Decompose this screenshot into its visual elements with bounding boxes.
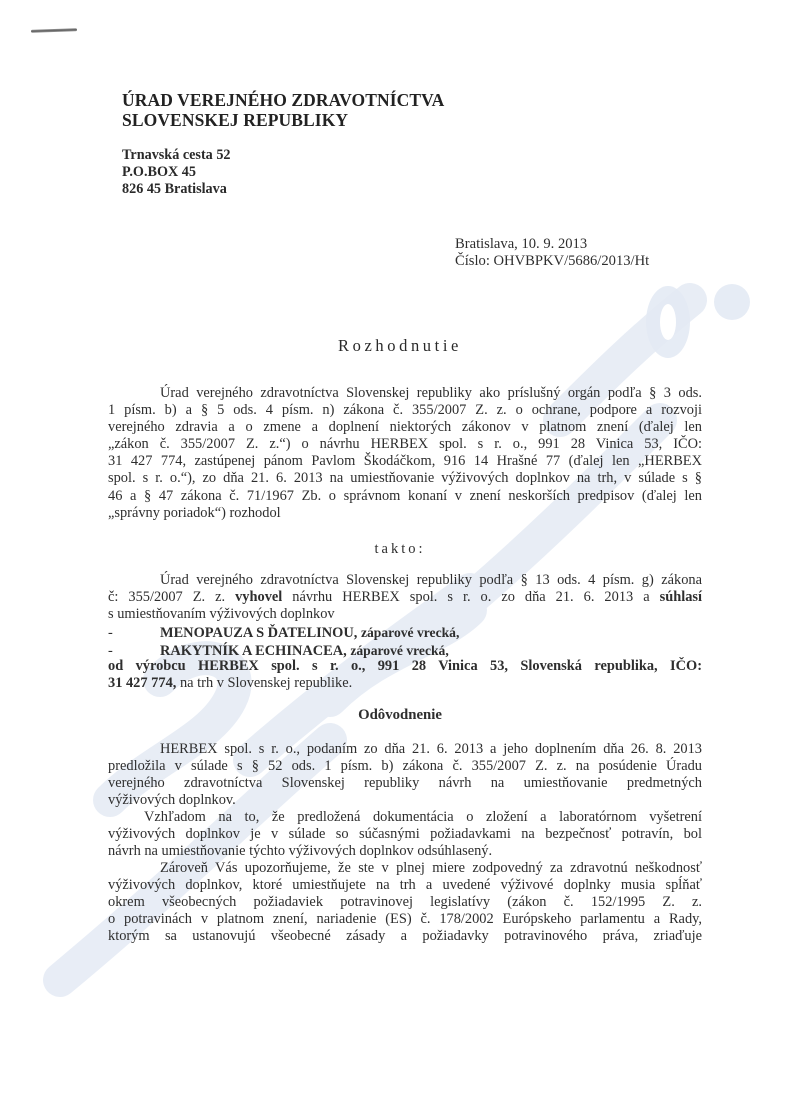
paragraph-line: s umiestňovaním výživových doplnkov (108, 606, 702, 623)
org-line: SLOVENSKEJ REPUBLIKY (122, 110, 444, 130)
place-date: Bratislava, 10. 9. 2013 (455, 236, 649, 253)
paragraph-line: Vzhľadom na to, že predložená dokumentác… (108, 809, 702, 826)
address-line: Trnavská cesta 52 (122, 147, 231, 164)
text-run: návrhu HERBEX spol. s r. o. zo dňa 21. 6… (292, 589, 649, 605)
paragraph-line: č: 355/2007 Z. z. vyhovel návrhu HERBEX … (108, 589, 702, 606)
paragraph-line: Úrad verejného zdravotníctva Slovenskej … (108, 572, 702, 589)
paragraph-line: Úrad verejného zdravotníctva Slovenskej … (108, 385, 702, 402)
paragraph-line: výživových doplnkov. (108, 792, 702, 809)
producer-paragraph: od výrobcu HERBEX spol. s r. o., 991 28 … (108, 658, 702, 692)
paragraph-line: výživových doplnkov je v súlade so súčas… (108, 826, 702, 843)
verdict-consents: súhlasí (660, 589, 702, 605)
reference-number: Číslo: OHVBPKV/5686/2013/Ht (455, 253, 649, 270)
paragraph-line: verejného zdravia a o zmene a doplnení n… (108, 419, 702, 436)
producer-line: od výrobcu HERBEX spol. s r. o., 991 28 … (108, 658, 702, 675)
paragraph-line: verejného zdravotníctva Slovenskej repub… (108, 775, 702, 792)
document-page: ÚRAD VEREJNÉHO ZDRAVOTNÍCTVA SLOVENSKEJ … (0, 0, 800, 1100)
paragraph-line: predložila v súlade s § 52 ods. 1 písm. … (108, 758, 702, 775)
paragraph-line: spol. s r. o.“), zo dňa 21. 6. 2013 na u… (108, 470, 702, 487)
justification-paragraph-3: Zároveň Vás upozorňujeme, že ste v plnej… (108, 860, 702, 945)
text-run: na trh v Slovenskej republike. (180, 675, 352, 691)
paragraph-line: Zároveň Vás upozorňujeme, že ste v plnej… (108, 860, 702, 877)
justification-paragraph-2: Vzhľadom na to, že predložená dokumentác… (108, 809, 702, 860)
producer-id: 31 427 774, (108, 675, 176, 691)
issuing-authority: ÚRAD VEREJNÉHO ZDRAVOTNÍCTVA SLOVENSKEJ … (122, 90, 444, 130)
date-reference-block: Bratislava, 10. 9. 2013 Číslo: OHVBPKV/5… (455, 236, 649, 270)
product-desc: záparové vrecká, (350, 643, 448, 658)
product-list: -MENOPAUZA S ĎATELINOU, záparové vrecká,… (108, 624, 702, 660)
product-name: RAKYTNÍK A ECHINACEA, (160, 643, 347, 659)
paragraph-line: okrem všeobecných požiadaviek potravinov… (108, 894, 702, 911)
paragraph-line: 1 písm. b) a § 5 ods. 4 písm. n) zákona … (108, 402, 702, 419)
product-desc: záparové vrecká, (361, 625, 459, 640)
justification-paragraph-1: HERBEX spol. s r. o., podaním zo dňa 21.… (108, 741, 702, 809)
product-name: MENOPAUZA S ĎATELINOU, (160, 625, 357, 641)
paragraph-line: 31 427 774, zastúpenej pánom Pavlom Škod… (108, 453, 702, 470)
product-item: -MENOPAUZA S ĎATELINOU, záparové vrecká, (108, 624, 702, 642)
paragraph-line: „správny poriadok“) rozhodol (108, 505, 702, 522)
intro-paragraph: Úrad verejného zdravotníctva Slovenskej … (108, 385, 702, 522)
org-line: ÚRAD VEREJNÉHO ZDRAVOTNÍCTVA (122, 90, 444, 110)
document-title: Rozhodnutie (0, 336, 800, 356)
paragraph-line: návrh na umiestňovanie týchto výživových… (108, 843, 702, 860)
decision-paragraph: Úrad verejného zdravotníctva Slovenskej … (108, 572, 702, 623)
paragraph-line: „zákon č. 355/2007 Z. z.“) o návrhu HERB… (108, 436, 702, 453)
justification-heading: Odôvodnenie (0, 707, 800, 724)
paragraph-line: HERBEX spol. s r. o., podaním zo dňa 21.… (108, 741, 702, 758)
list-dash: - (108, 625, 160, 642)
address-line: 826 45 Bratislava (122, 181, 231, 198)
producer-line: 31 427 774, na trh v Slovenskej republik… (108, 675, 702, 692)
authority-address: Trnavská cesta 52 P.O.BOX 45 826 45 Brat… (122, 147, 231, 198)
paragraph-line: ktorým sa ustanovujú všeobecné zásady a … (108, 928, 702, 945)
takto-heading: takto: (0, 541, 800, 558)
text-run: č: 355/2007 Z. z. (108, 589, 225, 605)
paragraph-line: výživových doplnkov, ktoré umiestňujete … (108, 877, 702, 894)
address-line: P.O.BOX 45 (122, 164, 231, 181)
paragraph-line: 46 a § 47 zákona č. 71/1967 Zb. o správn… (108, 488, 702, 505)
paragraph-line: o potravinách v platnom znení, nariadeni… (108, 911, 702, 928)
verdict-granted: vyhovel (235, 589, 282, 605)
